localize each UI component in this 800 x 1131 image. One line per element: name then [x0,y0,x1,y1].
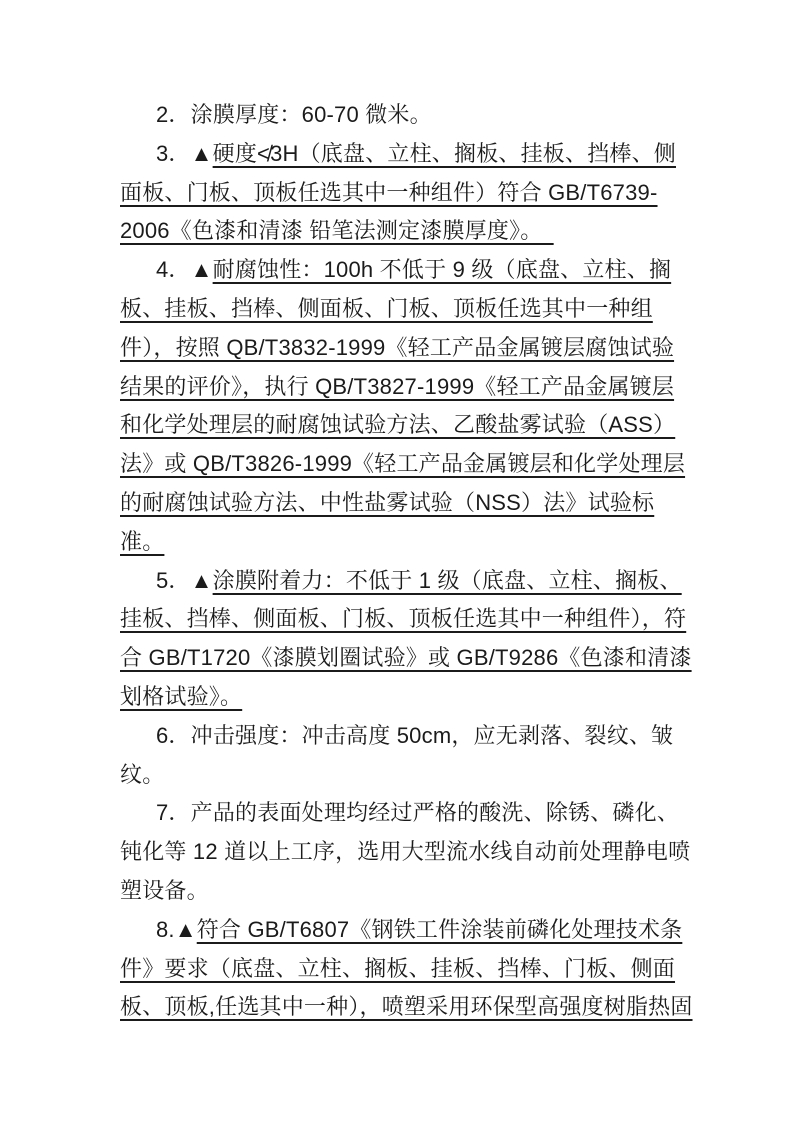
text-line: 2006《色漆和清漆 铅笔法测定漆膜厚度》。 [120,212,682,251]
text-line: 准。 [120,523,682,562]
text-line: 法》或 QB/T3826-1999《轻工产品金属镀层和化学处理层 [120,445,682,484]
text-line: 3．▲硬度≮3H（底盘、立柱、搁板、挂板、挡棒、侧 [120,135,682,174]
underlined-text: 划格试验》。 [120,684,242,709]
text-line: 6．冲击强度：冲击高度 50cm，应无剥落、裂纹、皱 [120,717,682,756]
text-line: 7．产品的表面处理均经过严格的酸洗、除锈、磷化、 [120,794,682,833]
text-line: 纹。 [120,756,682,795]
document-page: 2．涂膜厚度：60-70 微米。3．▲硬度≮3H（底盘、立柱、搁板、挂板、挡棒、… [0,0,800,1131]
underlined-text: 合 GB/T1720《漆膜划圈试验》或 GB/T9286《色漆和清漆 [120,645,692,670]
underlined-text: 板、顶板,任选其中一种），喷塑采用环保型高强度树脂热固 [120,994,693,1019]
underlined-text: 结果的评价》，执行 QB/T3827-1999《轻工产品金属镀层 [120,374,674,399]
text-line: 挂板、挡棒、侧面板、门板、顶板任选其中一种组件），符 [120,600,682,639]
text-line: 面板、门板、顶板任选其中一种组件）符合 GB/T6739- [120,174,682,213]
text-segment: 5．▲ [156,568,213,593]
text-line: 合 GB/T1720《漆膜划圈试验》或 GB/T9286《色漆和清漆 [120,639,682,678]
text-line: 件），按照 QB/T3832-1999《轻工产品金属镀层腐蚀试验 [120,329,682,368]
underlined-text: 涂膜附着力：不低于 1 级（底盘、立柱、搁板、 [213,568,682,593]
text-line: 结果的评价》，执行 QB/T3827-1999《轻工产品金属镀层 [120,368,682,407]
underlined-text: 件》要求（底盘、立柱、搁板、挂板、挡棒、门板、侧面 [120,956,675,981]
text-line: 4．▲耐腐蚀性：100h 不低于 9 级（底盘、立柱、搁 [120,251,682,290]
underlined-text: 耐腐蚀性：100h 不低于 9 级（底盘、立柱、搁 [213,257,672,282]
underlined-text: 板、挂板、挡棒、侧面板、门板、顶板任选其中一种组 [120,296,653,321]
text-line: 板、挂板、挡棒、侧面板、门板、顶板任选其中一种组 [120,290,682,329]
text-line: 划格试验》。 [120,678,682,717]
underlined-text: 法》或 QB/T3826-1999《轻工产品金属镀层和化学处理层 [120,451,685,476]
text-line: 2．涂膜厚度：60-70 微米。 [120,96,682,135]
text-line: 和化学处理层的耐腐蚀试验方法、乙酸盐雾试验（ASS） [120,406,682,445]
text-line: 板、顶板,任选其中一种），喷塑采用环保型高强度树脂热固 [120,988,682,1027]
underlined-text: 和化学处理层的耐腐蚀试验方法、乙酸盐雾试验（ASS） [120,412,675,437]
underlined-text: 挂板、挡棒、侧面板、门板、顶板任选其中一种组件），符 [120,606,686,631]
text-line: 8.▲符合 GB/T6807《钢铁工件涂装前磷化处理技术条 [120,911,682,950]
underlined-text: 的耐腐蚀试验方法、中性盐雾试验（NSS）法》试验标 [120,490,654,515]
document-body: 2．涂膜厚度：60-70 微米。3．▲硬度≮3H（底盘、立柱、搁板、挂板、挡棒、… [120,96,682,1027]
text-segment: 塑设备。 [120,878,209,903]
text-segment: 纹。 [120,762,164,787]
text-segment: 6．冲击强度：冲击高度 50cm，应无剥落、裂纹、皱 [156,723,673,748]
underlined-text: 符合 GB/T6807《钢铁工件涂装前磷化处理技术条 [197,917,683,942]
text-segment: 7．产品的表面处理均经过严格的酸洗、除锈、磷化、 [156,800,679,825]
text-line: 5．▲涂膜附着力：不低于 1 级（底盘、立柱、搁板、 [120,562,682,601]
text-segment: 2．涂膜厚度：60-70 微米。 [156,102,432,127]
text-line: 的耐腐蚀试验方法、中性盐雾试验（NSS）法》试验标 [120,484,682,523]
text-segment: 钝化等 12 道以上工序，选用大型流水线自动前处理静电喷 [120,839,690,864]
underlined-text: 面板、门板、顶板任选其中一种组件）符合 GB/T6739- [120,180,658,205]
underlined-text: 2006《色漆和清漆 铅笔法测定漆膜厚度》。 [120,218,554,243]
text-segment: 3．▲ [156,141,213,166]
text-line: 塑设备。 [120,872,682,911]
text-line: 钝化等 12 道以上工序，选用大型流水线自动前处理静电喷 [120,833,682,872]
text-segment: 8.▲ [156,917,197,942]
underlined-text: 准。 [120,529,164,554]
text-segment: 4．▲ [156,257,213,282]
underlined-text: 件），按照 QB/T3832-1999《轻工产品金属镀层腐蚀试验 [120,335,674,360]
underlined-text: 硬度≮3H（底盘、立柱、搁板、挂板、挡棒、侧 [213,141,676,166]
text-line: 件》要求（底盘、立柱、搁板、挂板、挡棒、门板、侧面 [120,950,682,989]
